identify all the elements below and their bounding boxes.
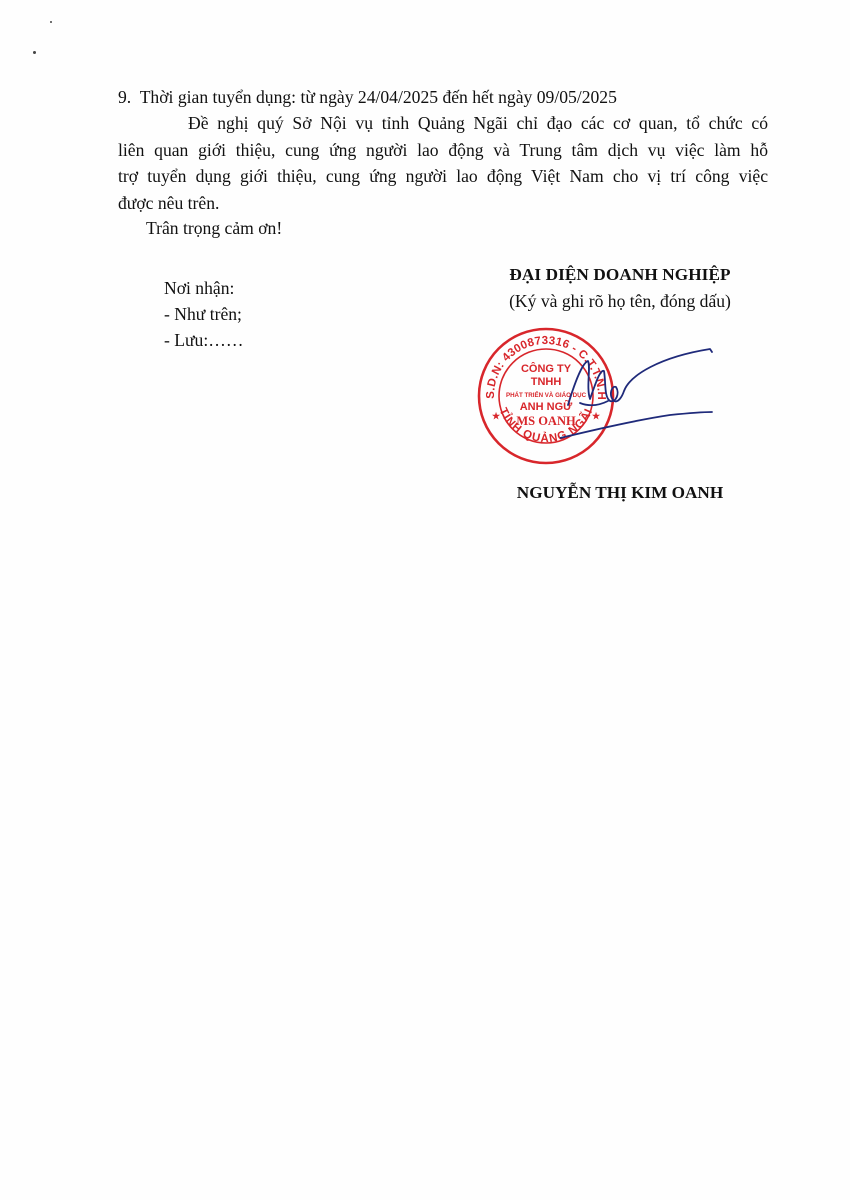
svg-text:TNHH: TNHH <box>531 376 562 388</box>
signature-block: ĐẠI DIỆN DOANH NGHIỆP (Ký và ghi rõ họ t… <box>470 262 770 314</box>
item-9-recruitment-period: 9. Thời gian tuyển dụng: từ ngày 24/04/2… <box>118 84 617 110</box>
signature-title: ĐẠI DIỆN DOANH NGHIỆP <box>470 262 770 288</box>
paragraph-line: được nêu trên. <box>118 190 768 217</box>
signer-name: NGUYỄN THỊ KIM OANH <box>495 480 745 506</box>
request-paragraph: Đề nghị quý Sở Nội vụ tỉnh Quảng Ngãi ch… <box>118 110 768 216</box>
recipient-item: - Như trên; <box>164 301 243 327</box>
svg-text:★: ★ <box>492 411 501 421</box>
item-text: Thời gian tuyển dụng: từ ngày 24/04/2025… <box>140 87 617 107</box>
item-number: 9. <box>118 87 131 107</box>
scan-speck <box>50 21 52 23</box>
signature-note: (Ký và ghi rõ họ tên, đóng dấu) <box>470 288 770 314</box>
handwritten-signature-icon <box>560 335 730 445</box>
scan-speck <box>33 51 36 54</box>
recipients-block: Nơi nhận: - Như trên; - Lưu:…… <box>164 275 243 353</box>
paragraph-line: trợ tuyển dụng giới thiệu, cung ứng ngườ… <box>118 163 768 190</box>
document-page: 9. Thời gian tuyển dụng: từ ngày 24/04/2… <box>0 0 850 1200</box>
recipient-item: - Lưu:…… <box>164 327 243 353</box>
paragraph-line: liên quan giới thiệu, cung ứng người lao… <box>118 137 768 164</box>
closing-text: Trân trọng cảm ơn! <box>146 215 282 241</box>
recipients-heading: Nơi nhận: <box>164 275 243 301</box>
paragraph-line: Đề nghị quý Sở Nội vụ tỉnh Quảng Ngãi ch… <box>118 110 768 137</box>
